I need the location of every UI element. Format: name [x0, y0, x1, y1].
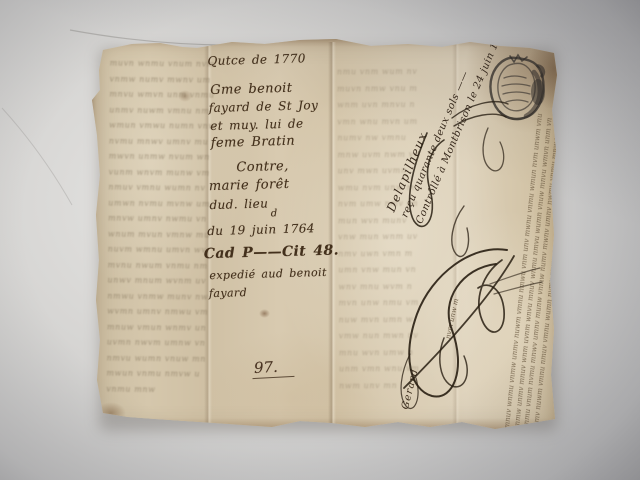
flourish-mid-loop: [452, 206, 469, 256]
signature-grand-loop: [409, 249, 507, 396]
signature-flourishes: [92, 38, 560, 432]
flourish-loop-upper: [410, 133, 444, 226]
signature-paraph: [478, 260, 504, 332]
flourish-underline: [452, 102, 508, 126]
signature-cross-stroke: [404, 256, 514, 388]
flourish-small-loop: [483, 128, 504, 171]
manuscript-paper: muvn wnmu vnum nvm vnmw numv mwnv um mnv…: [92, 38, 560, 432]
manuscript-photo: muvn wnmu vnum nvm vnmw numv mwnv um mnv…: [0, 0, 640, 480]
flourish-right-strokes: [490, 268, 542, 294]
scratch-line: [2, 108, 72, 205]
